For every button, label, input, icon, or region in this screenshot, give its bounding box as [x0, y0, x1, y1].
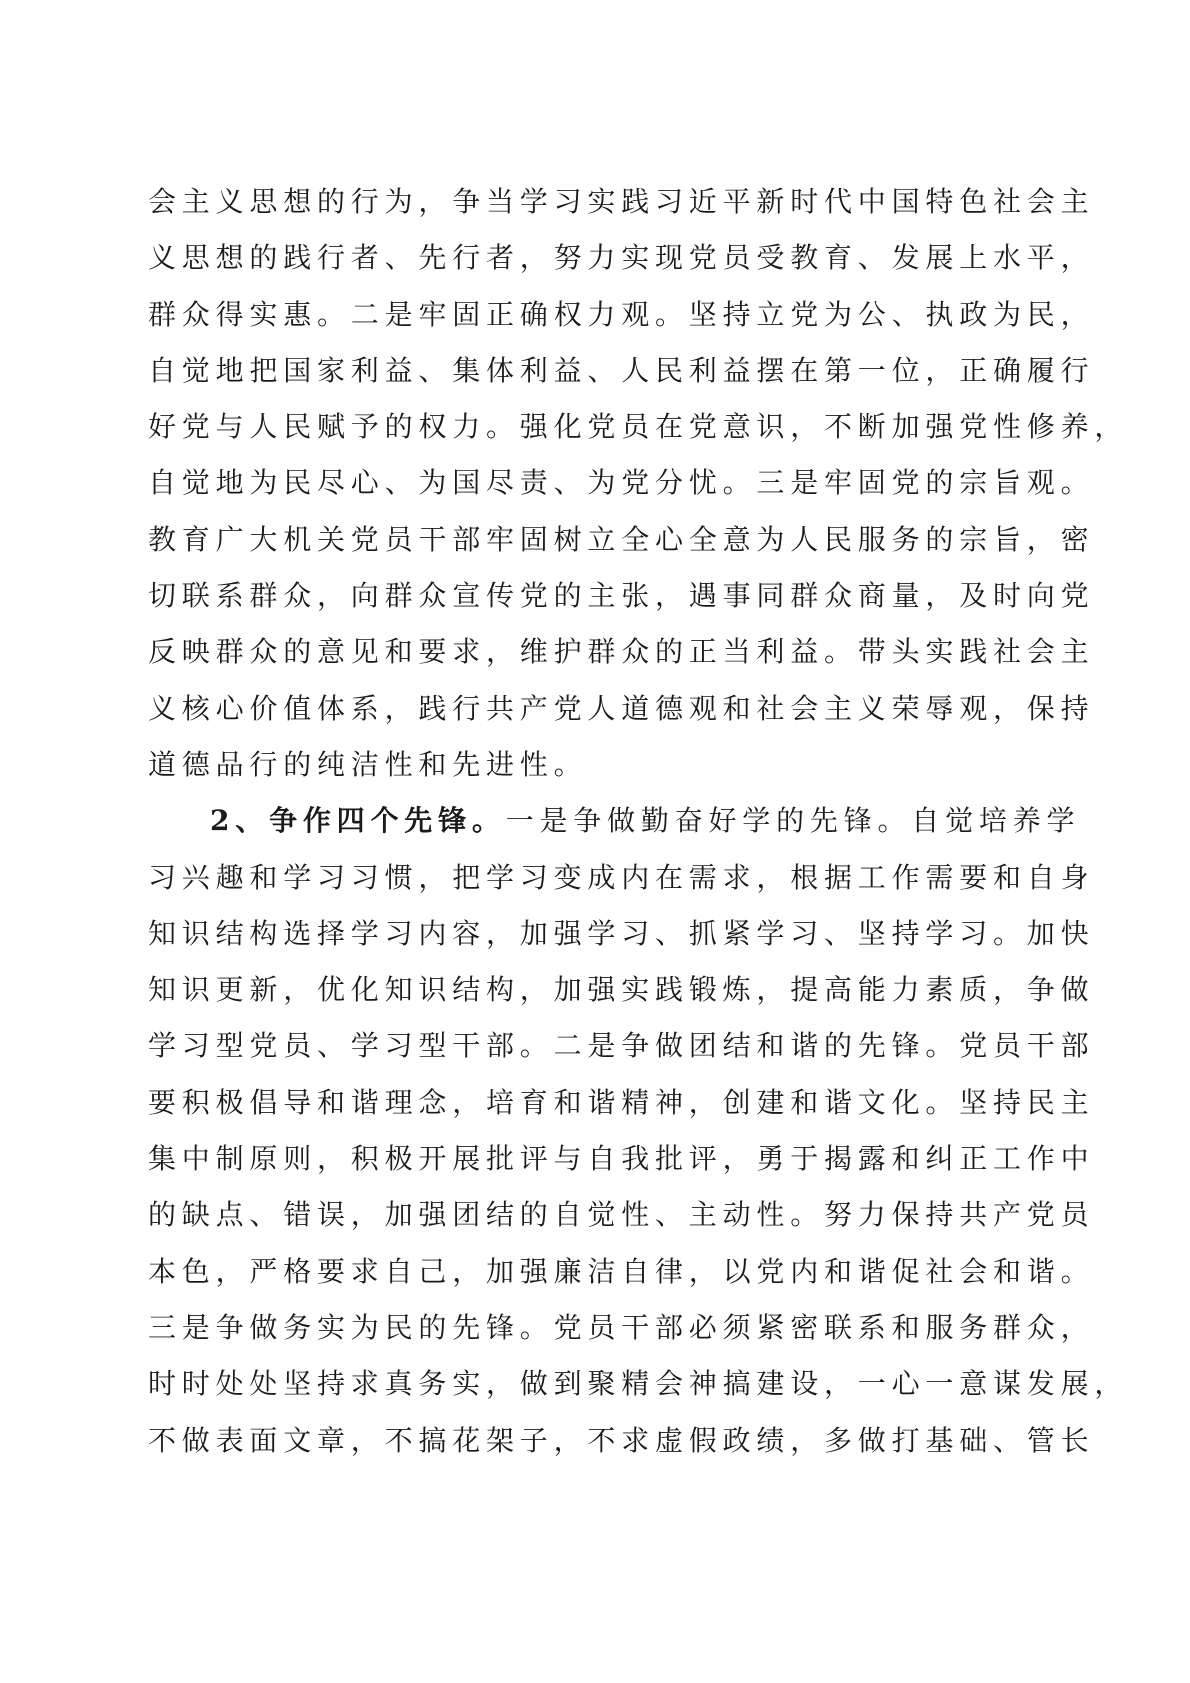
document-page: 会主义思想的行为，争当学习实践习近平新时代中国特色社会主 义思想的践行者、先行者…	[0, 0, 1190, 1683]
text-line: 道德品行的纯洁性和先进性。	[148, 737, 1032, 793]
body-text: 会主义思想的行为，争当学习实践习近平新时代中国特色社会主 义思想的践行者、先行者…	[148, 174, 1032, 1469]
text-line: 好党与人民赋予的权力。强化党员在党意识，不断加强党性修养，	[148, 399, 1032, 455]
text-line: 学习型党员、学习型干部。二是争做团结和谐的先锋。党员干部	[148, 1018, 1032, 1074]
section-heading: 2、争作四个先锋。	[210, 804, 506, 837]
text-line: 会主义思想的行为，争当学习实践习近平新时代中国特色社会主	[148, 174, 1032, 230]
text-line: 反映群众的意见和要求，维护群众的正当利益。带头实践社会主	[148, 624, 1032, 680]
text-line: 教育广大机关党员干部牢固树立全心全意为人民服务的宗旨，密	[148, 512, 1032, 568]
paragraph-1: 会主义思想的行为，争当学习实践习近平新时代中国特色社会主 义思想的践行者、先行者…	[148, 174, 1032, 793]
text-line: 义思想的践行者、先行者，努力实现党员受教育、发展上水平，	[148, 230, 1032, 286]
text-line: 要积极倡导和谐理念，培育和谐精神，创建和谐文化。坚持民主	[148, 1075, 1032, 1131]
text-line: 群众得实惠。二是牢固正确权力观。坚持立党为公、执政为民，	[148, 287, 1032, 343]
text-line: 自觉地把国家利益、集体利益、人民利益摆在第一位，正确履行	[148, 343, 1032, 399]
text-line: 习兴趣和学习习惯，把学习变成内在需求，根据工作需要和自身	[148, 850, 1032, 906]
text-line: 切联系群众，向群众宣传党的主张，遇事同群众商量，及时向党	[148, 568, 1032, 624]
text-line: 本色，严格要求自己，加强廉洁自律，以党内和谐促社会和谐。	[148, 1244, 1032, 1300]
text-line: 时时处处坚持求真务实，做到聚精会神搞建设，一心一意谋发展，	[148, 1356, 1032, 1412]
text-line-first: 2、争作四个先锋。一是争做勤奋好学的先锋。自觉培养学	[148, 793, 1032, 849]
text-line: 集中制原则，积极开展批评与自我批评，勇于揭露和纠正工作中	[148, 1131, 1032, 1187]
text-line: 自觉地为民尽心、为国尽责、为党分忧。三是牢固党的宗旨观。	[148, 455, 1032, 511]
text-line: 不做表面文章，不搞花架子，不求虚假政绩，多做打基础、管长	[148, 1413, 1032, 1469]
paragraph-2: 2、争作四个先锋。一是争做勤奋好学的先锋。自觉培养学 习兴趣和学习习惯，把学习变…	[148, 793, 1032, 1469]
text-line: 的缺点、错误，加强团结的自觉性、主动性。努力保持共产党员	[148, 1187, 1032, 1243]
text-line: 三是争做务实为民的先锋。党员干部必须紧密联系和服务群众，	[148, 1300, 1032, 1356]
text-line: 知识更新，优化知识结构，加强实践锻炼，提高能力素质，争做	[148, 962, 1032, 1018]
text-run: 一是争做勤奋好学的先锋。自觉培养学	[506, 804, 1081, 837]
text-line: 知识结构选择学习内容，加强学习、抓紧学习、坚持学习。加快	[148, 906, 1032, 962]
text-line: 义核心价值体系，践行共产党人道德观和社会主义荣辱观，保持	[148, 681, 1032, 737]
